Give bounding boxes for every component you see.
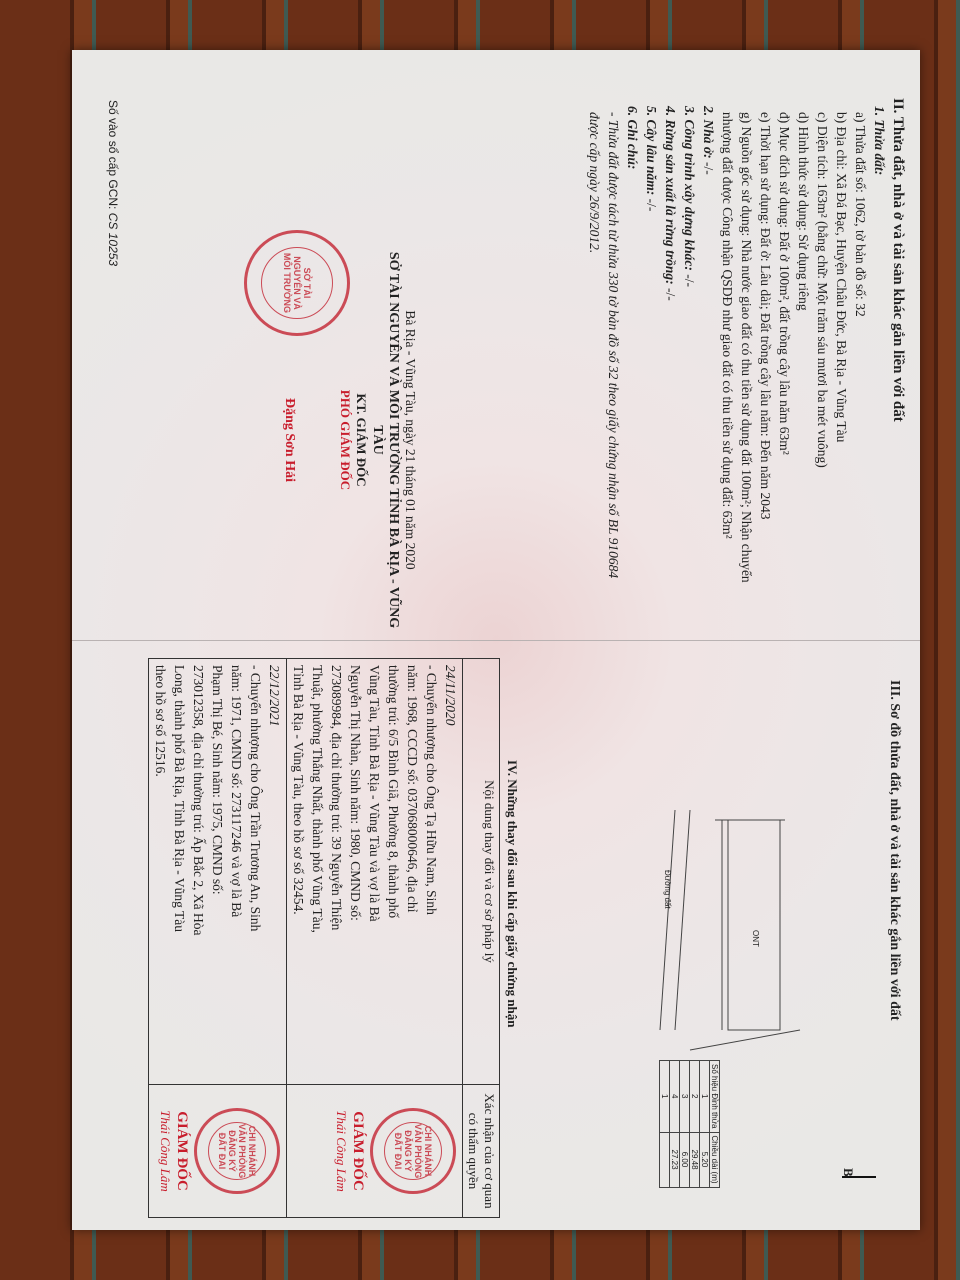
col-content: Nội dung thay đổi và cơ sở pháp lý [463,659,500,1085]
stamp-inner: CHI NHÁNH VĂN PHÒNG ĐĂNG KÝ ĐẤT ĐAI [208,1122,266,1180]
dimension-cell: 27.23 [670,1132,680,1187]
item-value: 1062 [853,196,868,223]
dimension-cell: 3 [680,1061,690,1133]
road-label: Đường đất [663,870,672,909]
registry-stamp: CHI NHÁNH VĂN PHÒNG ĐĂNG KÝ ĐẤT ĐAI [370,1108,456,1194]
dimension-row: 15.20 [700,1061,710,1188]
change-confirm: CHI NHÁNH VĂN PHÒNG ĐĂNG KÝ ĐẤT ĐAIGIÁM … [287,1085,463,1218]
dimension-row: 427.23 [670,1061,680,1188]
parcel-item: c) Diện tích: 163m² (bằng chữ: Một trăm … [813,112,832,583]
confirm-signer: Thái Công Lâm [157,1091,173,1211]
dimension-header-cell: Chiều dài (m) [710,1132,720,1187]
change-content: 24/11/2020- Chuyển nhượng cho Ông Tạ Hữu… [287,659,463,1085]
dimension-header-cell: Số hiệu Đỉnh thửa [710,1061,720,1133]
parcel-subtitle: 1. Thửa đất: [870,106,889,583]
position: KT. GIÁM ĐỐC [353,250,369,630]
registry-number: Số vào sổ cấp GCN: CS 10253 [106,100,120,266]
change-content: 22/12/2021- Chuyển nhượng cho Ông Trần T… [149,659,287,1085]
section-ii-title: II. Thửa đất, nhà ở và tài sản khác gắn … [889,98,906,583]
other-assets: 2. Nhà ở: -/-3. Công trình xây dựng khác… [623,106,718,583]
col-confirm: Xác nhận của cơ quan có thẩm quyền [463,1085,500,1218]
dimension-cell: 29.48 [690,1132,700,1187]
section-iv-title: IV. Những thay đổi sau khi cấp giấy chứn… [504,760,520,1028]
change-line: năm: 1971, CMND số: 273117246 và vợ là B… [227,665,246,1078]
item-value: Nhà nước giao đất có thu tiền sử dụng đấ… [739,240,754,583]
change-line: Long, thành phố Bà Rịa, Tỉnh Bà Rịa - Vũ… [170,665,189,1078]
confirm-signer: Thái Công Lâm [333,1091,349,1211]
item-value: nhượng đất được Công nhận QSDĐ như giao … [720,112,735,539]
item-value: Đất ở 100m², đất trồng cây lâu năm 63m² [777,231,792,454]
dimension-cell: 4 [670,1061,680,1133]
note-lines: - Thửa đất được tách từ thửa 330 tờ bản … [585,112,623,583]
left-page: II. Thửa đất, nhà ở và tài sản khác gắn … [72,50,920,640]
item-value: 163m² (bằng chữ: Một trăm sáu mươi ba mé… [815,183,830,468]
change-line: theo hồ sơ số 12516. [151,665,170,1078]
change-line: 273012358, địa chỉ thường trú: Ấp Bắc 2,… [189,665,208,1078]
item-value: Sử dụng riêng [796,234,811,310]
parcel-item: e) Thời hạn sử dụng: Đất ở: Lâu dài; Đất… [756,112,775,583]
change-entry: 24/11/2020- Chuyển nhượng cho Ông Tạ Hữu… [287,659,463,1218]
other-item-label: 5. Cây lâu năm: [644,106,659,199]
rotated-document: II. Thửa đất, nhà ở và tài sản khác gắn … [72,50,920,1230]
other-item-value: -/- [644,199,659,212]
dimension-cell: 2 [690,1061,700,1133]
parcel-item: nhượng đất được Công nhận QSDĐ như giao … [718,112,737,583]
land-certificate-sheet: II. Thửa đất, nhà ở và tài sản khác gắn … [72,50,920,1230]
stamp-inner: CHI NHÁNH VĂN PHÒNG ĐĂNG KÝ ĐẤT ĐAI [384,1122,442,1180]
other-item-value: -/- [663,288,678,301]
dimension-cell: 5.20 [700,1132,710,1187]
confirm-title: GIÁM ĐỐC [349,1091,366,1211]
north-label: B [840,1168,856,1177]
other-item: 6. Ghi chú: [623,106,642,583]
item-label: d) Hình thức sử dụng: [796,112,811,234]
parcel-item: b) Địa chỉ: Xã Đá Bạc, Huyện Châu Đức, B… [832,112,851,583]
change-line: - Chuyển nhượng cho Ông Tạ Hữu Nam, Sinh [422,665,441,1078]
item-value: Xã Đá Bạc, Huyện Châu Đức, Bà Rịa - Vũng… [834,173,849,442]
change-date: 24/11/2020 [441,665,460,1078]
item-label: g) Nguồn gốc sử dụng: [739,112,754,240]
item-extra-value: 32 [853,303,868,317]
other-item-label: 2. Nhà ở: [701,106,716,162]
change-line: Thuật, phường Thắng Nhất, thành phố Vũng… [308,665,327,1078]
dimension-cell [660,1132,670,1187]
change-date: 22/12/2021 [265,665,284,1078]
change-line: - Chuyển nhượng cho Ông Trần Trương An, … [246,665,265,1078]
changes-table: Nội dung thay đổi và cơ sở pháp lýXác nh… [148,658,500,1218]
other-item: 3. Công trình xây dựng khác: -/- [680,106,699,583]
dimension-row: 36.00 [680,1061,690,1188]
change-line: Vũng Tàu, Tỉnh Bà Rịa - Vũng Tàu và vợ l… [365,665,384,1078]
confirm-title: GIÁM ĐỐC [173,1091,190,1211]
change-line: 273089984, địa chỉ thường trú: 39 Nguyễn… [327,665,346,1078]
change-line: năm: 1968, CCCD số: 037068000646, địa ch… [403,665,422,1078]
other-item-label: 6. Ghi chú: [625,106,640,169]
changes-header: Nội dung thay đổi và cơ sở pháp lýXác nh… [463,659,500,1218]
dimension-cell: 6.00 [680,1132,690,1187]
parcel-item: d) Hình thức sử dụng: Sử dụng riêng [794,112,813,583]
section-ii: II. Thửa đất, nhà ở và tài sản khác gắn … [585,98,906,583]
dimension-table: Số hiệu Đỉnh thửaChiều dài (m)15.20229.4… [659,1060,720,1188]
change-line: Tỉnh Bà Rịa - Vũng Tàu, theo hồ sơ số 32… [289,665,308,1078]
change-line: thường trú: 6/5 Bình Giã, Phường 8, thàn… [384,665,403,1078]
item-label: b) Địa chỉ: [834,112,849,173]
parcel-item: đ) Mục đích sử dụng: Đất ở 100m², đất tr… [775,112,794,583]
right-page: III. Sơ đồ thửa đất, nhà ở và tài sản kh… [72,640,920,1230]
parcel-item: a) Thửa đất số: 1062, tờ bản đồ số: 32 [851,112,870,583]
item-label: a) Thửa đất số: [853,112,868,196]
dimension-row: 1 [660,1061,670,1188]
item-value: Đất ở: Lâu dài; Đất trồng cây lâu năm: Đ… [758,228,773,520]
official-stamp-left: SỞ TÀI NGUYÊN VÀ MÔI TRƯỜNG [244,230,350,336]
change-entry: 22/12/2021- Chuyển nhượng cho Ông Trần T… [149,659,287,1218]
item-label: e) Thời hạn sử dụng: [758,112,773,228]
other-item: 4. Rừng sản xuất là rừng trồng: -/- [661,106,680,583]
registry-stamp: CHI NHÁNH VĂN PHÒNG ĐĂNG KÝ ĐẤT ĐAI [194,1108,280,1194]
parcel-diagram [640,790,840,1090]
other-item: 2. Nhà ở: -/- [699,106,718,583]
item-extra-label: , tờ bản đồ số: [853,223,868,303]
other-item: 5. Cây lâu năm: -/- [642,106,661,583]
dimension-row: 229.48 [690,1061,700,1188]
other-item-value: -/- [701,162,716,175]
other-item-label: 3. Công trình xây dựng khác: [682,106,697,274]
other-item-label: 4. Rừng sản xuất là rừng trồng: [663,106,678,288]
change-line: Nguyễn Thị Nhàn, Sinh năm: 1980, CMND số… [346,665,365,1078]
stamp-inner: SỞ TÀI NGUYÊN VÀ MÔI TRƯỜNG [261,247,333,319]
place-date: Bà Rịa - Vũng Tàu, ngày 21 tháng 01 năm … [401,250,420,630]
change-line: Phạm Thị Bé, Sinh năm: 1975, CMND số: [208,665,227,1078]
section-iii-title: III. Sơ đồ thửa đất, nhà ở và tài sản kh… [886,680,902,1021]
parcel-items: a) Thửa đất số: 1062, tờ bản đồ số: 32b)… [718,112,870,583]
parcel-item: g) Nguồn gốc sử dụng: Nhà nước giao đất … [737,112,756,583]
change-confirm: CHI NHÁNH VĂN PHÒNG ĐĂNG KÝ ĐẤT ĐAIGIÁM … [149,1085,287,1218]
item-label: đ) Mục đích sử dụng: [777,112,792,231]
dimension-cell: 1 [700,1061,710,1133]
dimension-cell: 1 [660,1061,670,1133]
agency-name: SỞ TÀI NGUYÊN VÀ MÔI TRƯỜNG TỈNH BÀ RỊA … [369,250,401,630]
item-label: c) Diện tích: [815,112,830,183]
parcel-label: ONT [751,930,760,947]
dimension-header: Số hiệu Đỉnh thửaChiều dài (m) [710,1061,720,1188]
other-item-value: -/- [682,274,697,287]
